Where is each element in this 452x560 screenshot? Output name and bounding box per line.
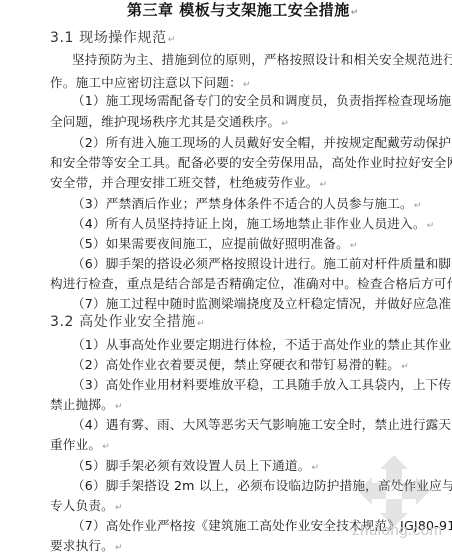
watermark-text: zhulong.com	[352, 522, 443, 539]
paragraph-mark: ↵	[320, 180, 328, 190]
body-text: 重作业。	[50, 437, 101, 452]
body-line: （4）遇有雾、雨、大风等恶劣天气影响施工安全时，禁止进行露天高处起	[72, 417, 452, 433]
body-line: （6）脚手架的搭设必须严格按照设计进行。施工前对杆件质量和脚手架结	[72, 256, 452, 272]
section-heading-3-1: 3.1 现场操作规范↵	[50, 30, 176, 48]
body-line: （3）严禁酒后作业；严禁身体条件不适合的人员参与施工。↵	[72, 196, 422, 214]
body-text: （5）脚手架必须有效设置人员上下通道。	[72, 458, 311, 473]
body-line: 作。施工中应密切注意以下问题：↵	[50, 75, 251, 93]
body-text: （5）如果需要夜间施工，应提前做好照明准备。	[72, 236, 349, 251]
body-line: 构进行检查，重点是结合部是否精确定位，准确对中。检查合格后方可作业。↵	[50, 276, 452, 294]
body-line: （2）所有进入施工现场的人员戴好安全帽，并按规定配戴劳动保护用品，	[72, 135, 452, 151]
body-line: （3）高处作业用材料要堆放平稳，工具随手放入工具袋内，上下传递物件，	[72, 377, 452, 393]
body-text: 作。施工中应密切注意以下问题：	[50, 75, 242, 90]
body-text: （2）高处作业衣着要灵便，禁止穿硬衣和带钉易滑的鞋。	[72, 357, 400, 372]
paragraph-mark: ↵	[115, 503, 123, 513]
body-line: （7）施工过程中随时监测梁端挠度及立杆稳定情况，并做好应急准备。↵	[72, 296, 452, 314]
body-line: （1）从事高处作业要定期进行体检，不适于高处作业的禁止其作业。↵	[72, 337, 452, 355]
body-text: （4）所有人员坚持持证上岗，施工场地禁止非作业人员进入。	[72, 216, 426, 231]
body-line: （5）如果需要夜间施工，应提前做好照明准备。↵	[72, 236, 358, 254]
body-text: 构进行检查，重点是结合部是否精确定位，准确对中。检查合格后方可作业。	[50, 276, 452, 291]
paragraph-mark: ↵	[427, 221, 435, 231]
paragraph-mark: ↵	[351, 8, 359, 18]
paragraph-mark: ↵	[312, 463, 320, 473]
section-heading-text: 3.2 高处作业安全措施	[50, 314, 196, 330]
chapter-title: 第三章 模板与支架施工安全措施↵	[127, 2, 359, 21]
chapter-title-text: 第三章 模板与支架施工安全措施	[127, 1, 350, 19]
paragraph-mark: ↵	[197, 319, 205, 329]
body-line: 坚持预防为主、措施到位的原则，严格按照设计和相关安全规范进行现场操	[72, 52, 452, 68]
paragraph-mark: ↵	[401, 362, 409, 372]
paragraph-mark: ↵	[102, 442, 110, 452]
section-heading-3-2: 3.2 高处作业安全措施↵	[50, 314, 205, 332]
paragraph-mark: ↵	[243, 80, 251, 90]
body-text: （1）从事高处作业要定期进行体检，不适于高处作业的禁止其作业。	[72, 337, 452, 352]
body-text: （3）严禁酒后作业；严禁身体条件不适合的人员参与施工。	[72, 196, 413, 211]
zhulong-logo-icon	[358, 455, 430, 527]
body-line: （4）所有人员坚持持证上岗，施工场地禁止非作业人员进入。↵	[72, 216, 434, 234]
paragraph-mark: ↵	[414, 201, 422, 211]
paragraph-mark: ↵	[281, 119, 289, 129]
body-line: 要求执行。↵	[50, 538, 123, 556]
body-line: （5）脚手架必须有效设置人员上下通道。↵	[72, 458, 319, 476]
body-text: 安全带，并合理安排工班交替，杜绝疲劳作业。	[50, 175, 319, 190]
paragraph-mark: ↵	[350, 241, 358, 251]
body-line: 全问题，维护现场秩序尤其是交通秩序。↵	[50, 114, 289, 132]
body-line: 重作业。↵	[50, 437, 110, 455]
body-line: 专人负责。↵	[50, 498, 123, 516]
body-text: 要求执行。	[50, 538, 114, 553]
body-line: （1）施工现场需配备专门的安全员和调度员，负责指挥检查现场施工的安	[72, 93, 452, 109]
body-text: 全问题，维护现场秩序尤其是交通秩序。	[50, 114, 280, 129]
paragraph-mark: ↵	[115, 402, 123, 412]
body-text: 专人负责。	[50, 498, 114, 513]
body-line: 和安全带等安全工具。配备必要的安全劳保用品，高处作业时拉好安全网，系好	[50, 155, 452, 171]
body-line: （2）高处作业衣着要灵便，禁止穿硬衣和带钉易滑的鞋。↵	[72, 357, 409, 375]
section-heading-text: 3.1 现场操作规范	[50, 30, 167, 46]
body-line: 禁止抛掷。↵	[50, 397, 123, 415]
paragraph-mark: ↵	[115, 543, 123, 553]
body-text: （7）施工过程中随时监测梁端挠度及立杆稳定情况，并做好应急准备。	[72, 296, 452, 311]
paragraph-mark: ↵	[168, 35, 176, 45]
body-text: 禁止抛掷。	[50, 397, 114, 412]
body-line: 安全带，并合理安排工班交替，杜绝疲劳作业。↵	[50, 175, 327, 193]
